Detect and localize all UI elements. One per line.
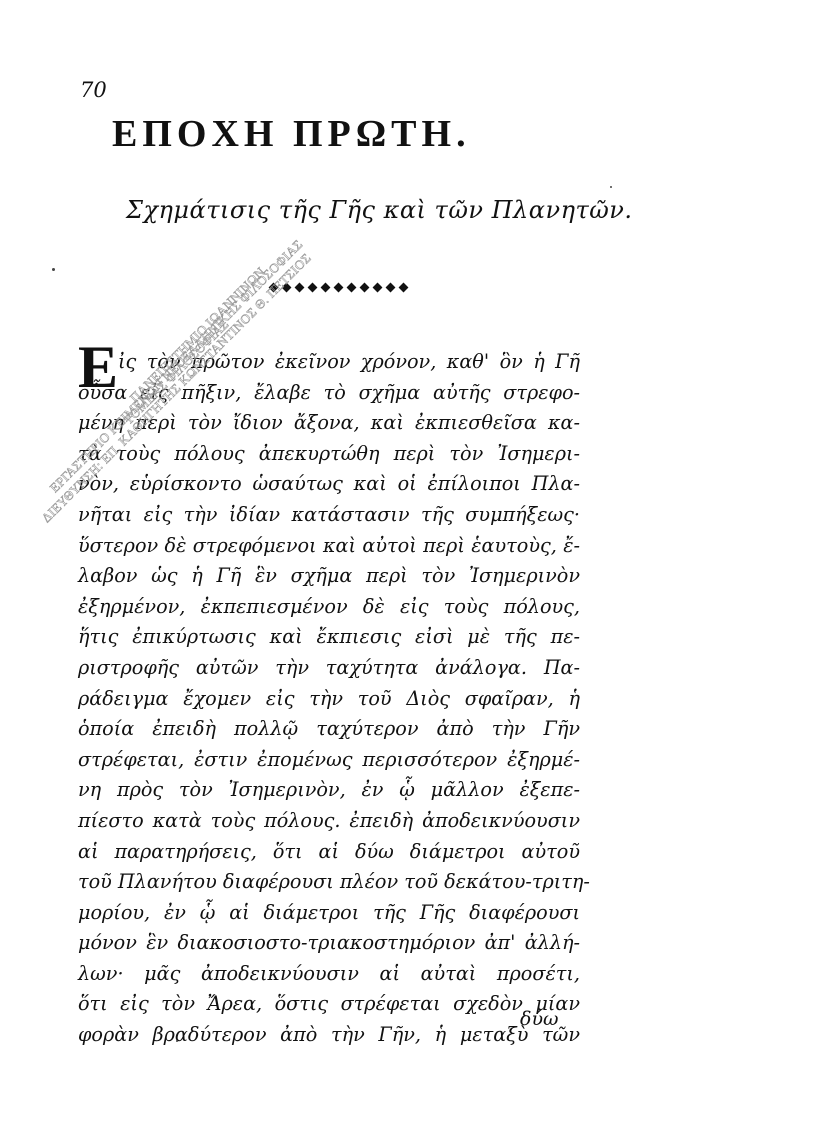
catchword: δύω xyxy=(520,1008,558,1030)
text-line: ὅτι εἰς τὸν Ἄρεα, ὅστις στρέφεται σχεδὸν… xyxy=(78,989,580,1020)
diamond-ornament-icon xyxy=(308,283,318,293)
diamond-ornament-icon xyxy=(334,283,344,293)
text-line: λαβον ὡς ἡ Γῆ ἓν σχῆμα περὶ τὸν Ἰσημεριν… xyxy=(78,561,580,592)
text-line: λων· μᾶς ἀποδεικνύουσιν αἱ αὐταὶ προσέτι… xyxy=(78,959,580,990)
text-line: ἥτις ἐπικύρτωσις καὶ ἔκπιεσις εἰσὶ μὲ τῆ… xyxy=(78,622,580,653)
book-page: 70 ΕΠΟΧΗ ΠΡΩΤΗ. Σχημάτισις τῆς Γῆς καὶ τ… xyxy=(0,0,827,1123)
ink-speck xyxy=(52,268,55,271)
text-line: μένη περὶ τὸν ἴδιον ἄξονα, καὶ ἐκπιεσθεῖ… xyxy=(78,408,580,439)
diamond-ornament-icon xyxy=(347,283,357,293)
diamond-ornament-icon xyxy=(386,283,396,293)
chapter-title: ΕΠΟΧΗ ΠΡΩΤΗ. xyxy=(112,112,471,156)
text-line: ράδειγμα ἔχομεν εἰς τὴν τοῦ Διὸς σφαῖραν… xyxy=(78,684,580,715)
diamond-ornament-icon xyxy=(399,283,409,293)
text-line: ὁποία ἐπειδὴ πολλῷ ταχύτερον ἀπὸ τὴν Γῆν xyxy=(78,714,580,745)
text-line: νὸν, εὑρίσκοντο ὡσαύτως καὶ οἱ ἐπίλοιποι… xyxy=(78,469,580,500)
text-line: νη πρὸς τὸν Ἰσημερινὸν, ἐν ᾧ μᾶλλον ἐξεπ… xyxy=(78,775,580,806)
text-line: στρέφεται, ἐστιν ἐπομένως περισσότερον ἐ… xyxy=(78,745,580,776)
text-line: οὖσα εἰς πῆξιν, ἔλαβε τὸ σχῆμα αὐτῆς στρ… xyxy=(78,378,580,409)
text-line: τοῦ Πλανήτου διαφέρουσι πλέον τοῦ δεκάτο… xyxy=(78,867,580,898)
diamond-ornament-icon xyxy=(321,283,331,293)
ink-speck xyxy=(176,1040,178,1042)
text-line: μορίου, ἐν ᾧ αἱ διάμετροι τῆς Γῆς διαφέρ… xyxy=(78,898,580,929)
text-line: ριστροφῆς αὐτῶν τὴν ταχύτητα ἀνάλογα. Πα… xyxy=(78,653,580,684)
diamond-ornament-icon xyxy=(269,283,279,293)
diamond-ornament-icon xyxy=(360,283,370,293)
diamond-ornament-icon xyxy=(295,283,305,293)
ink-speck xyxy=(610,186,612,188)
diamond-ornament-icon xyxy=(282,283,292,293)
text-line: πίεστο κατὰ τοὺς πόλους. ἐπειδὴ ἀποδεικν… xyxy=(78,806,580,837)
text-line: ὕστερον δὲ στρεφόμενοι καὶ αὐτοὶ περὶ ἑα… xyxy=(78,531,580,562)
text-line: ἐξηρμένον, ἐκπεπιεσμένον δὲ εἰς τοὺς πόλ… xyxy=(78,592,580,623)
text-line: αἱ παρατηρήσεις, ὅτι αἱ δύω διάμετροι αὐ… xyxy=(78,837,580,868)
page-number: 70 xyxy=(80,78,107,102)
text-line: φορὰν βραδύτερον ἀπὸ τὴν Γῆν, ἡ μεταξὺ τ… xyxy=(78,1020,580,1051)
text-line: ἰς τὸν πρῶτον ἐκεῖνον χρόνον, καθ' ὃν ἡ … xyxy=(78,347,580,378)
text-line: μόνον ἓν διακοσιοστο-τριακοστημόριον ἀπ'… xyxy=(78,928,580,959)
body-paragraph: ἰς τὸν πρῶτον ἐκεῖνον χρόνον, καθ' ὃν ἡ … xyxy=(78,347,580,1051)
text-line: τὰ τοὺς πόλους ἀπεκυρτώθη περὶ τὸν Ἰσημε… xyxy=(78,439,580,470)
section-subtitle: Σχημάτισις τῆς Γῆς καὶ τῶν Πλανητῶν. xyxy=(126,196,633,224)
diamond-ornament-icon xyxy=(373,283,383,293)
ornament-divider xyxy=(268,284,409,291)
text-line: νῆται εἰς τὴν ἰδίαν κατάστασιν τῆς συμπή… xyxy=(78,500,580,531)
